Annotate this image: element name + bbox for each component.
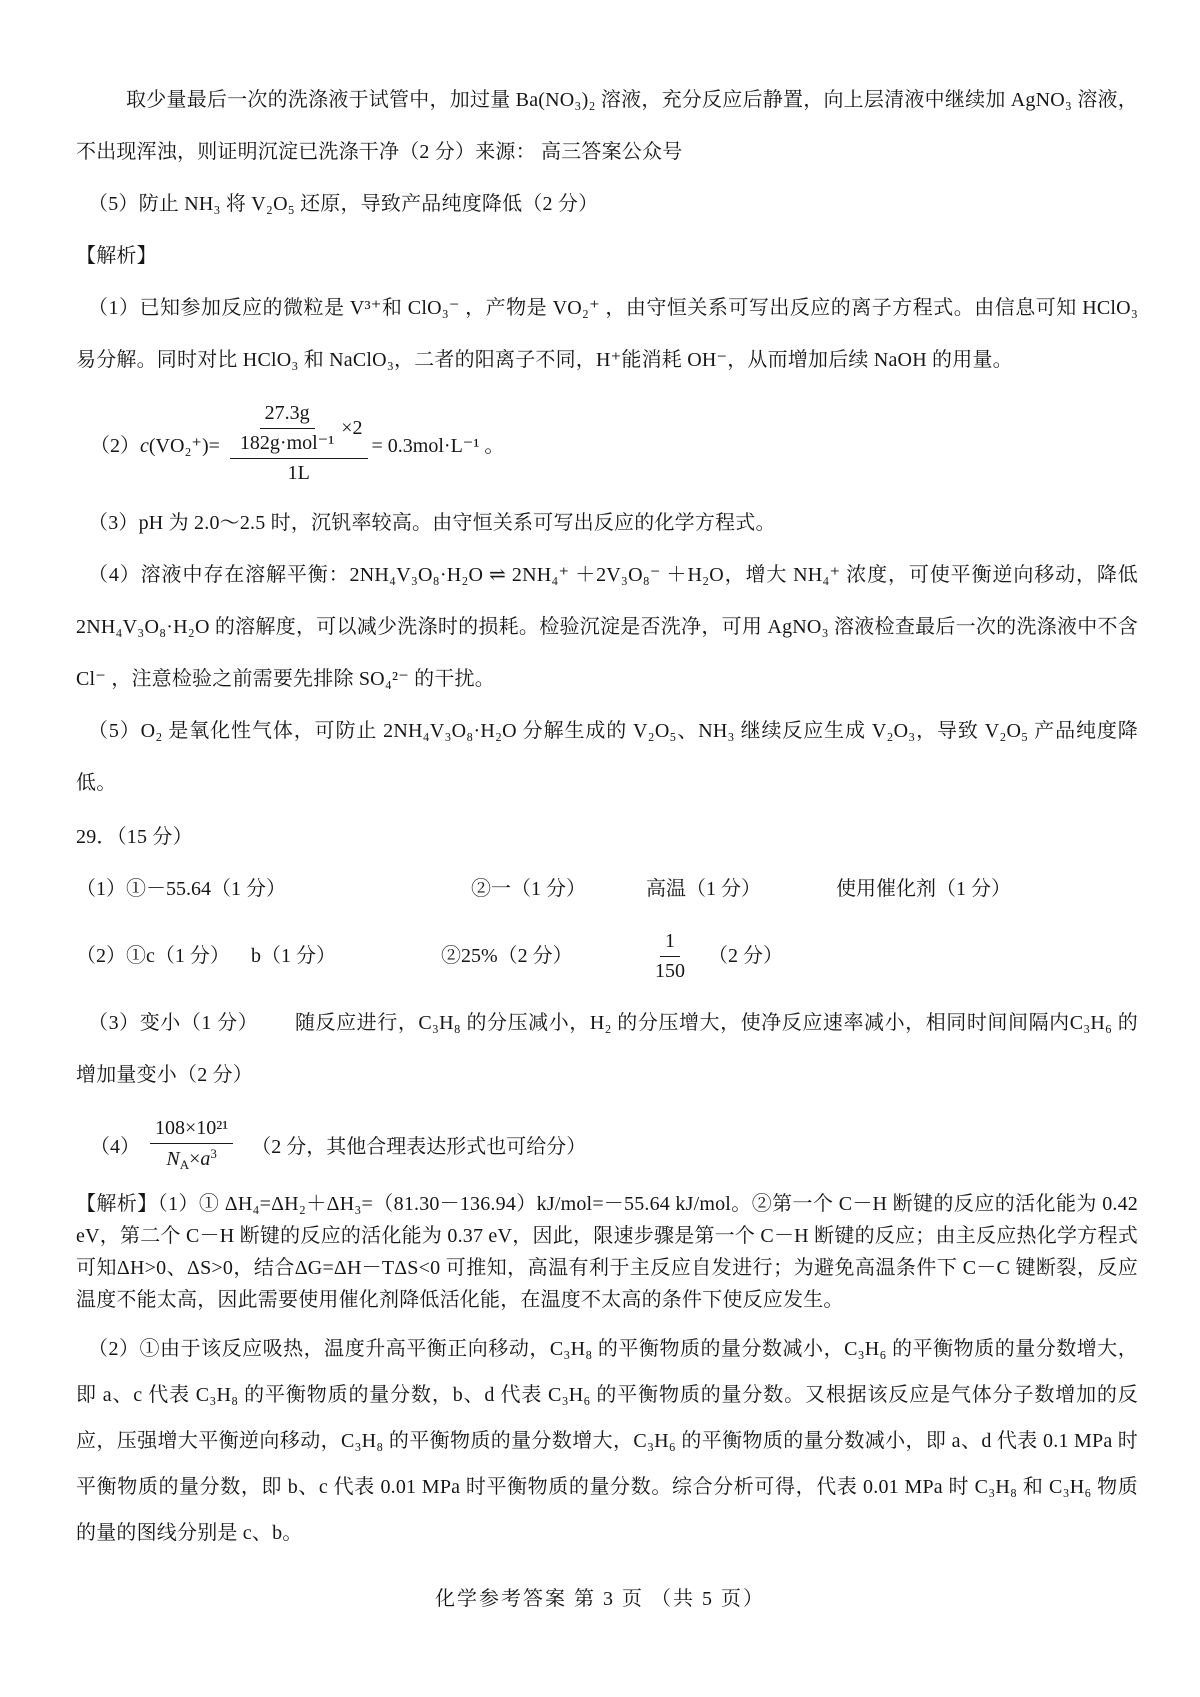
answer-29-1-blank1: （1）①－55.64（1 分）	[76, 863, 471, 915]
density-numerator: 108×10²¹	[150, 1115, 233, 1144]
answer-29-2-blank2: b（1 分）	[251, 930, 441, 982]
page-footer: 化学参考答案 第 3 页 （共 5 页）	[0, 1582, 1200, 1611]
paragraph-wash-check: 取少量最后一次的洗涤液于试管中，加过量 Ba(NO₃)₂ 溶液，充分反应后静置，…	[76, 74, 1138, 178]
analysis-28-1: （1）已知参加反应的微粒是 V³⁺和 ClO₃⁻ ，产物是 VO₂⁺ ，由守恒关…	[76, 282, 1138, 386]
edge-length-symbol: a	[200, 1148, 210, 1170]
formula-result: = 0.3mol·L⁻¹ 。	[372, 429, 505, 458]
answer-29-4-formula: （4） 108×10²¹ NA×a3 （2 分，其他合理表达形式也可给分）	[90, 1115, 1138, 1174]
times-two: ×2	[341, 415, 362, 442]
answer-29-2-blank3: ②25%（2 分）	[441, 930, 646, 982]
formula-lead: （2）c(VO₂⁺)=	[90, 429, 220, 458]
concentration-symbol: c	[140, 435, 149, 457]
outer-denominator: 1L	[283, 459, 315, 487]
inner-denominator: 182g·mol⁻¹	[235, 429, 339, 457]
answer-29-1-row: （1）①－55.64（1 分） ②一（1 分） 高温（1 分） 使用催化剂（1 …	[76, 863, 1138, 915]
analysis-29-2: （2）①由于该反应吸热，温度升高平衡正向移动，C₃H₈ 的平衡物质的量分数减小，…	[76, 1326, 1138, 1556]
cube-exponent: 3	[210, 1146, 217, 1161]
outer-fraction: 27.3g 182g·mol⁻¹ ×2 1L	[230, 400, 368, 487]
inner-fraction: 27.3g 182g·mol⁻¹	[235, 400, 339, 457]
answer-29-1-blank2: ②一（1 分）	[471, 863, 646, 915]
analysis-28-5: （5）O₂ 是氧化性气体，可防止 2NH₄V₃O₈·H₂O 分解生成的 V₂O₅…	[76, 705, 1138, 809]
formula-item-number: （2）	[90, 435, 140, 457]
density-denominator: NA×a3	[161, 1144, 222, 1174]
density-fraction: 108×10²¹ NA×a3	[150, 1115, 233, 1174]
answer-29-1-blank3: 高温（1 分）	[646, 863, 836, 915]
answer-29-2-score: （2 分）	[708, 930, 783, 982]
formula-item-number: （4）	[90, 1130, 140, 1159]
fraction-numerator: 1	[660, 928, 680, 957]
answer-29-2-row: （2）①c（1 分） b（1 分） ②25%（2 分） 1 150 （2 分）	[76, 915, 1138, 997]
avogadro-symbol: N	[166, 1148, 179, 1170]
fraction-1-150: 1 150	[650, 928, 690, 985]
inner-numerator: 27.3g	[260, 400, 315, 429]
analysis-29-1: 【解析】（1）① ΔH₄=ΔH₂＋ΔH₃=（81.30－136.94）kJ/mo…	[76, 1188, 1138, 1316]
formula-species: (VO₂⁺)=	[149, 435, 220, 457]
analysis-label-28: 【解析】	[76, 230, 1138, 282]
analysis-28-3: （3）pH 为 2.0～2.5 时，沉钒率较高。由守恒关系可写出反应的化学方程式…	[76, 497, 1138, 549]
analysis-28-4: （4）溶液中存在溶解平衡：2NH₄V₃O₈·H₂O ⇌ 2NH₄⁺ ＋2V₃O₈…	[76, 549, 1138, 705]
times-sign: ×	[189, 1148, 200, 1170]
answer-29-2-blank1: （2）①c（1 分）	[76, 930, 251, 982]
answer-29-1-blank4: 使用催化剂（1 分）	[836, 863, 1011, 915]
avogadro-subscript: A	[180, 1157, 189, 1172]
answer-sheet-page: 取少量最后一次的洗涤液于试管中，加过量 Ba(NO₃)₂ 溶液，充分反应后静置，…	[0, 0, 1200, 1697]
answer-29-4-note: （2 分，其他合理表达形式也可给分）	[251, 1130, 586, 1159]
answer-29-3: （3）变小（1 分） 随反应进行，C₃H₈ 的分压减小，H₂ 的分压增大，使净反…	[76, 997, 1138, 1101]
answer-28-5: （5）防止 NH₃ 将 V₂O₅ 还原，导致产品纯度降低（2 分）	[76, 178, 1138, 230]
formula-concentration-vo2: （2）c(VO₂⁺)= 27.3g 182g·mol⁻¹ ×2 1L = 0.3…	[90, 400, 1138, 487]
fraction-denominator: 150	[650, 957, 690, 985]
question-29-title: 29．（15 分）	[76, 811, 1138, 863]
